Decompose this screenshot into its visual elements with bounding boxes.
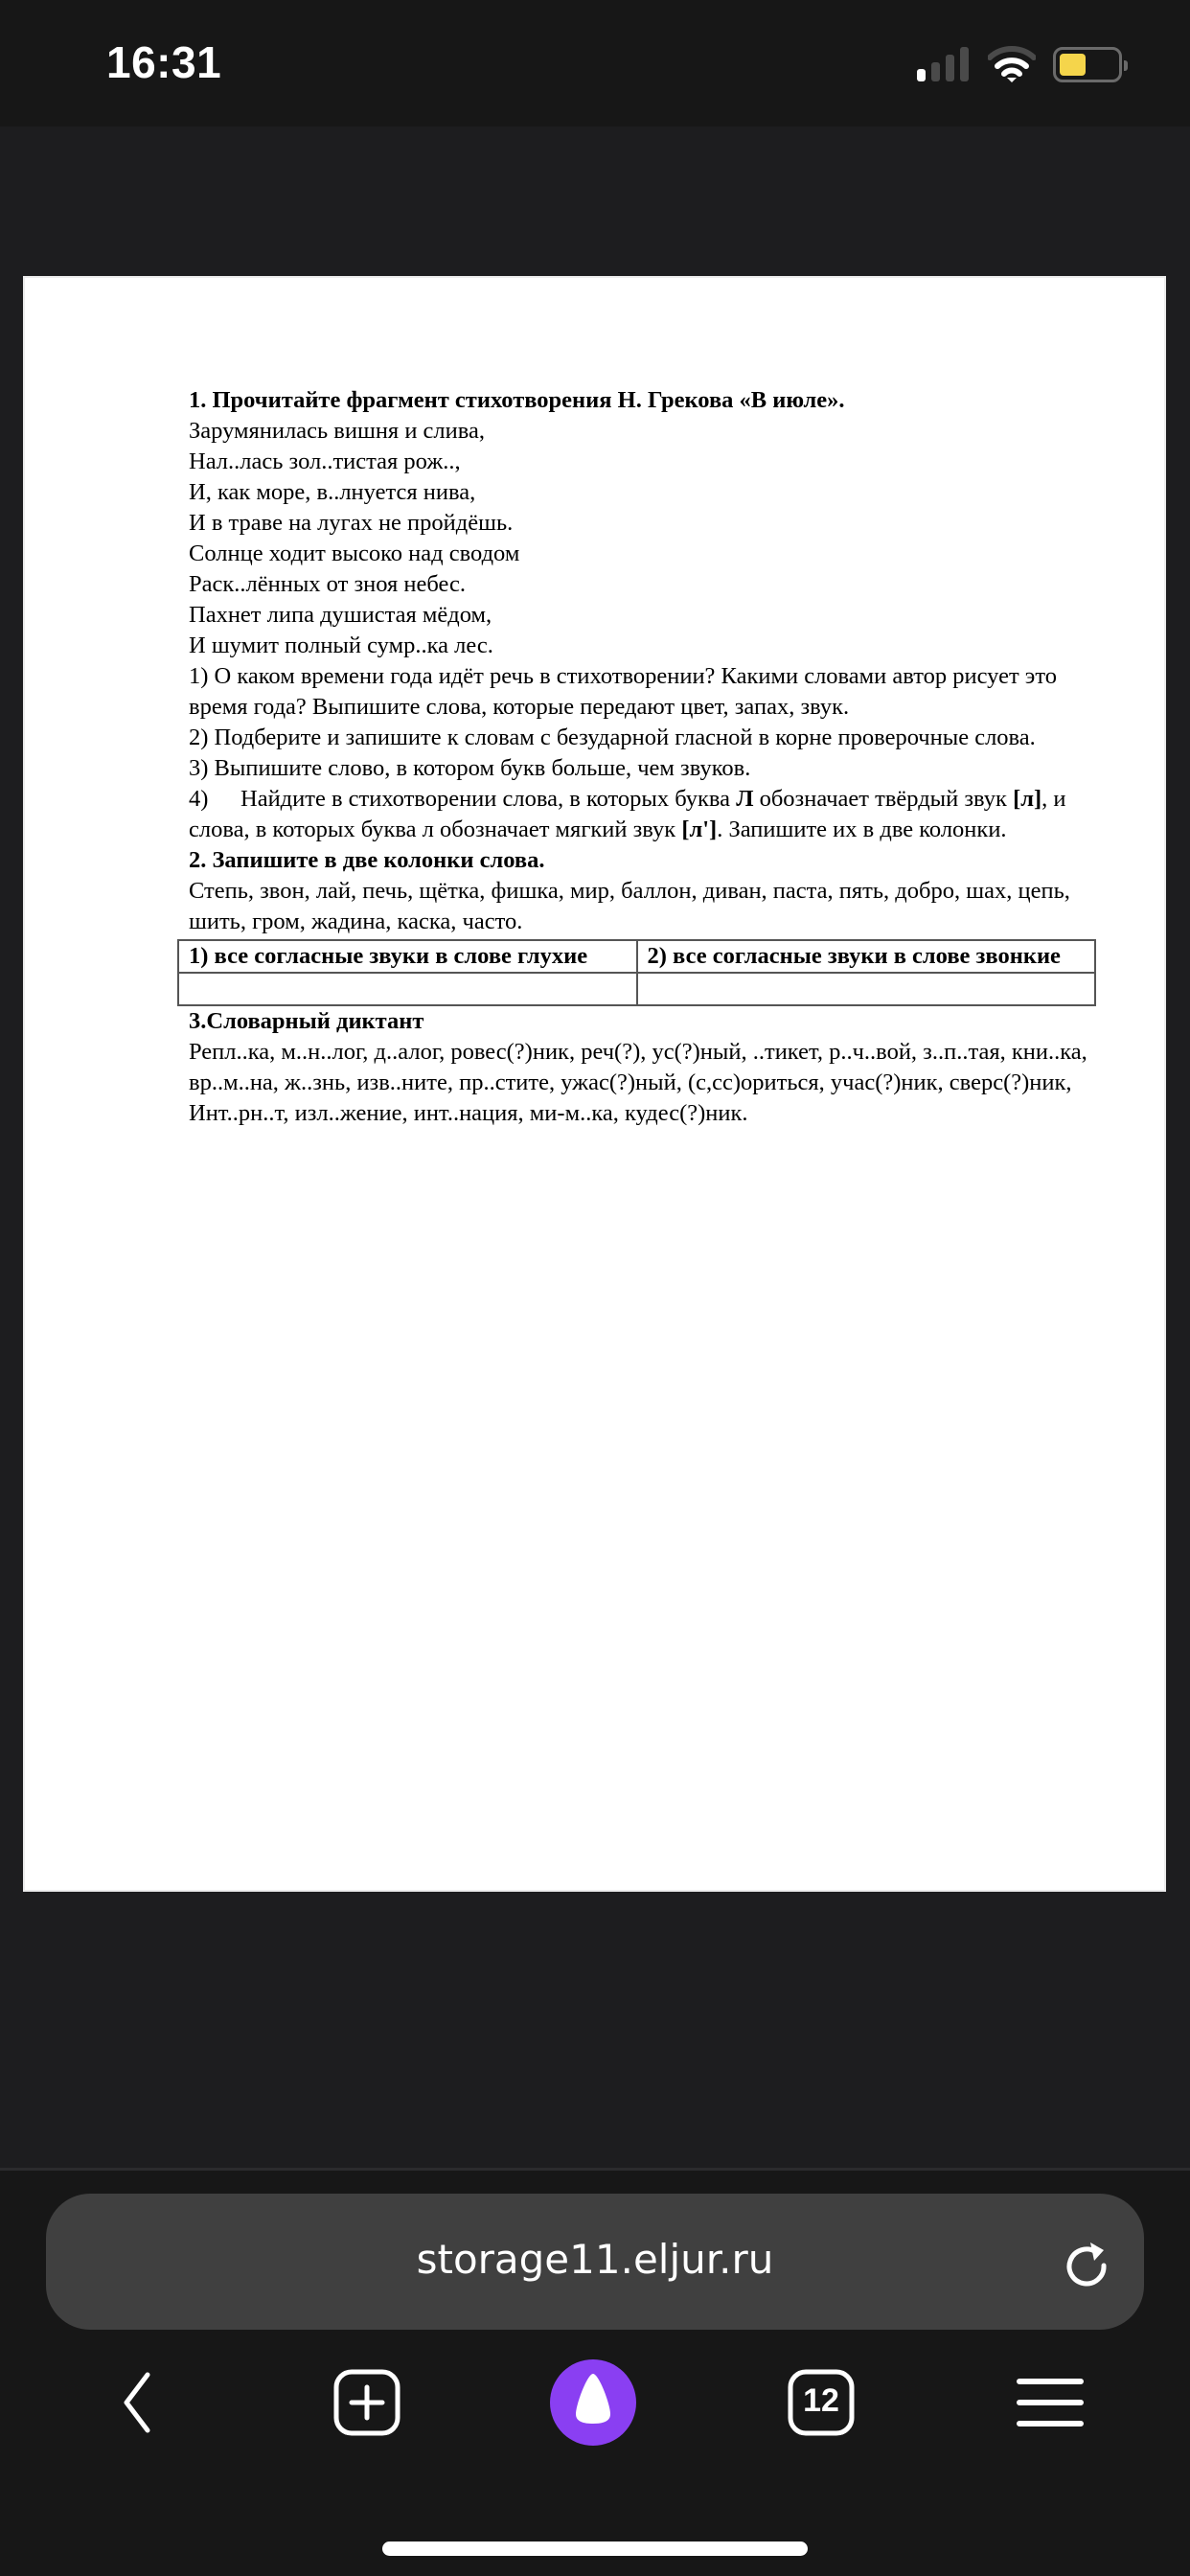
address-bar[interactable]: storage11.eljur.ru (46, 2194, 1144, 2330)
table-cell (637, 973, 1096, 1005)
url-text[interactable]: storage11.eljur.ru (46, 2236, 1144, 2283)
task2-title: 2. Запишите в две колонки слова. (189, 845, 1109, 876)
poem-line: Раск..лённых от зноя небес. (189, 569, 1109, 600)
poem-line: И шумит полный сумр..ка лес. (189, 631, 1109, 661)
poem-line: И в траве на лугах не пройдёшь. (189, 508, 1109, 539)
task1-title: 1. Прочитайте фрагмент стихотворения Н. … (189, 385, 1109, 416)
status-bar: 16:31 (0, 0, 1190, 126)
tabs-button[interactable]: 12 (775, 2357, 867, 2449)
sound-columns-table: 1) все согласные звуки в слове глухие 2)… (177, 939, 1096, 1006)
home-indicator[interactable] (382, 2541, 808, 2556)
battery-icon (1053, 47, 1122, 82)
back-button[interactable] (92, 2357, 184, 2449)
table-header-row: 1) все согласные звуки в слове глухие 2)… (178, 940, 1095, 973)
reload-icon[interactable] (1062, 2237, 1111, 2290)
alice-assistant-icon (549, 2358, 637, 2447)
poem-line: Солнце ходит высоко над сводом (189, 539, 1109, 569)
new-tab-icon (332, 2368, 401, 2437)
poem-line: Зарумянилась вишня и слива, (189, 416, 1109, 447)
task2-words: Степь, звон, лай, печь, щётка, фишка, ми… (189, 876, 1109, 937)
status-time: 16:31 (106, 36, 221, 88)
question-3: 3) Выпишите слово, в котором букв больше… (189, 753, 1109, 784)
assistant-button[interactable] (547, 2357, 639, 2449)
tabs-count: 12 (775, 2382, 867, 2420)
table-cell (178, 973, 637, 1005)
question-4: 4)Найдите в стихотворении слова, в котор… (189, 784, 1109, 845)
battery-level (1060, 54, 1086, 76)
document-content: 1. Прочитайте фрагмент стихотворения Н. … (189, 385, 1109, 1129)
task3-title: 3.Словарный диктант (189, 1006, 1109, 1037)
table-header-cell: 1) все согласные звуки в слове глухие (178, 940, 637, 973)
menu-button[interactable] (1004, 2357, 1096, 2449)
table-header-cell: 2) все согласные звуки в слове звонкие (637, 940, 1096, 973)
browser-toolbar: storage11.eljur.ru 12 (0, 2168, 1190, 2576)
question-1: 1) О каком времени года идёт речь в стих… (189, 661, 1109, 723)
document-page: 1. Прочитайте фрагмент стихотворения Н. … (23, 276, 1166, 1892)
question-2: 2) Подберите и запишите к словам с безуд… (189, 723, 1109, 753)
back-icon (109, 2369, 167, 2436)
poem-line: Пахнет липа душистая мёдом, (189, 600, 1109, 631)
wifi-icon (988, 46, 1036, 84)
poem: Зарумянилась вишня и слива, Нал..лась зо… (189, 416, 1109, 661)
new-tab-button[interactable] (321, 2357, 413, 2449)
poem-line: И, как море, в..лнуется нива, (189, 477, 1109, 508)
task3-text: Репл..ка, м..н..лог, д..алог, ровес(?)ни… (189, 1037, 1109, 1129)
cellular-signal-icon (917, 47, 971, 81)
menu-icon (1016, 2374, 1085, 2431)
table-row (178, 973, 1095, 1005)
poem-line: Нал..лась зол..тистая рож.., (189, 447, 1109, 477)
